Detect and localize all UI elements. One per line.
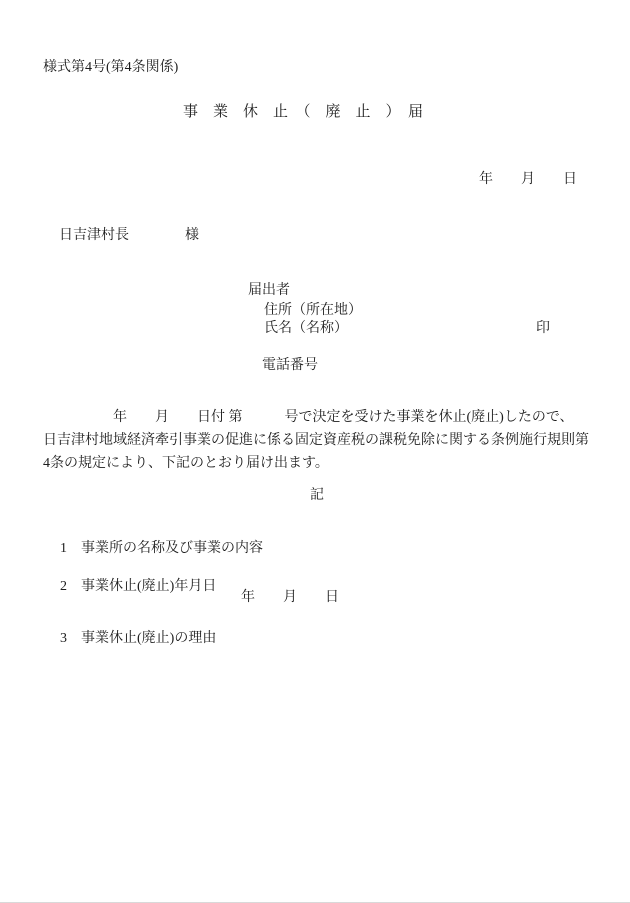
notifier-address-label: 住所（所在地） bbox=[264, 303, 362, 319]
seal-mark: 印 bbox=[536, 321, 550, 337]
list-item-2: 2事業休止(廃止)年月日 bbox=[46, 563, 216, 611]
notifier-name-label: 氏名（名称） bbox=[264, 321, 348, 337]
body-paragraph-line-1: 年 月 日付 第 号で決定を受けた事業を休止(廃止)したので、 bbox=[43, 410, 574, 426]
item-2-number: 2 bbox=[60, 579, 67, 594]
form-number: 様式第4号(第4条関係) bbox=[43, 60, 178, 76]
addressee-line: 日吉津村長 様 bbox=[59, 228, 199, 244]
item-3-number: 3 bbox=[60, 631, 67, 646]
item-2-date-line: 年 月 日 bbox=[241, 590, 339, 606]
item-2-label: 事業休止(廃止)年月日 bbox=[81, 579, 216, 594]
document-title: 事 業 休 止 （ 廃 止 ） 届 bbox=[183, 104, 423, 121]
body-paragraph-line-3: 4条の規定により、下記のとおり届け出ます。 bbox=[43, 456, 329, 472]
item-3-label: 事業休止(廃止)の理由 bbox=[81, 631, 216, 646]
body-paragraph-line-2: 日吉津村地域経済牽引事業の促進に係る固定資産税の課税免除に関する条例施行規則第 bbox=[43, 433, 589, 449]
item-1-label: 事業所の名称及び事業の内容 bbox=[81, 541, 263, 556]
item-1-number: 1 bbox=[60, 541, 67, 556]
notifier-phone-label: 電話番号 bbox=[262, 358, 318, 374]
submission-date-line: 年 月 日 bbox=[479, 172, 577, 188]
list-item-3: 3事業休止(廃止)の理由 bbox=[46, 615, 216, 663]
record-heading: 記 bbox=[310, 488, 324, 504]
document-page: 様式第4号(第4条関係) 事 業 休 止 （ 廃 止 ） 届 年 月 日 日吉津… bbox=[0, 0, 630, 903]
notifier-label: 届出者 bbox=[248, 283, 290, 299]
